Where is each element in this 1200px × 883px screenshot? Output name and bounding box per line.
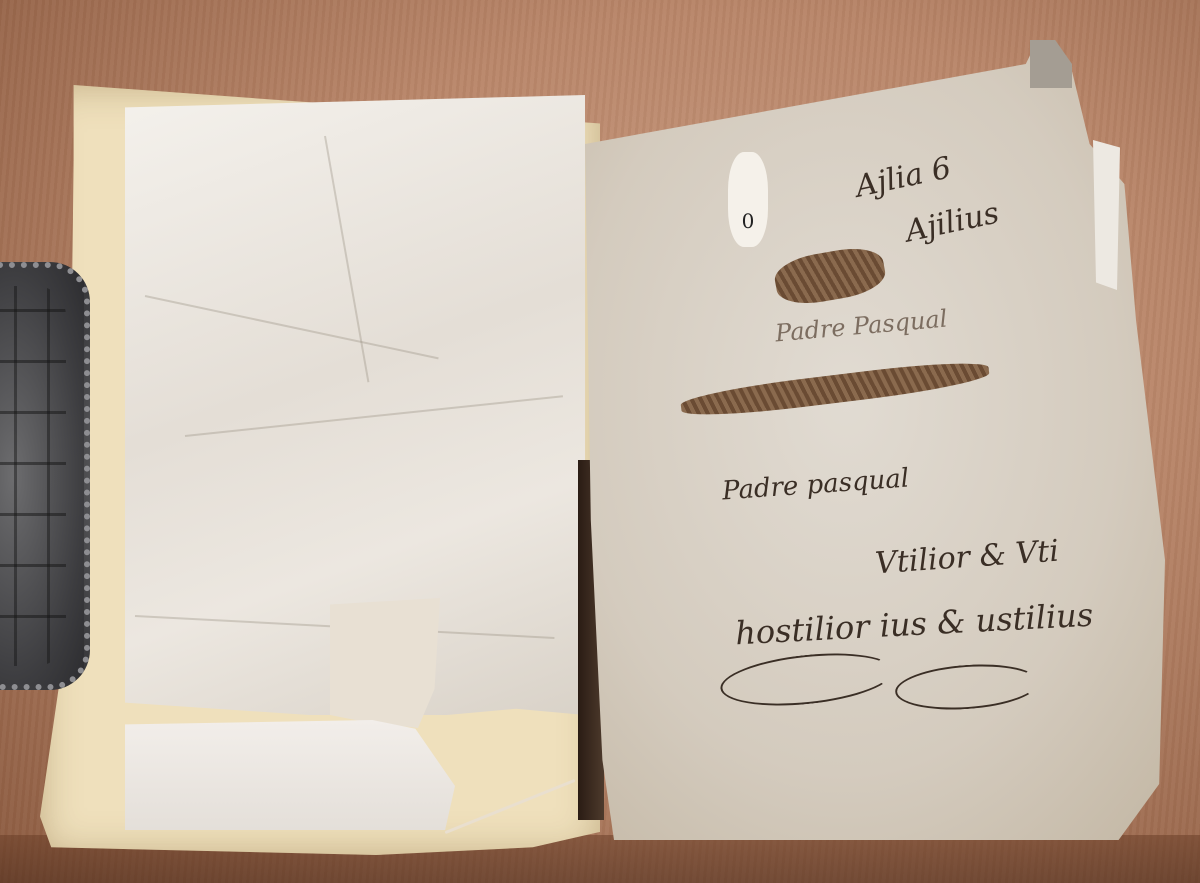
right-flyleaf	[585, 40, 1165, 840]
lower-pasted-sheet	[125, 720, 455, 830]
clasp-engraving	[0, 286, 66, 666]
metal-clasp	[0, 262, 90, 690]
paper-crease	[145, 295, 439, 359]
torn-paper-tab	[330, 598, 440, 728]
paper-crease	[185, 395, 563, 437]
paper-crease	[324, 136, 369, 383]
paper-label: 0	[728, 152, 768, 247]
label-number: 0	[742, 209, 755, 233]
